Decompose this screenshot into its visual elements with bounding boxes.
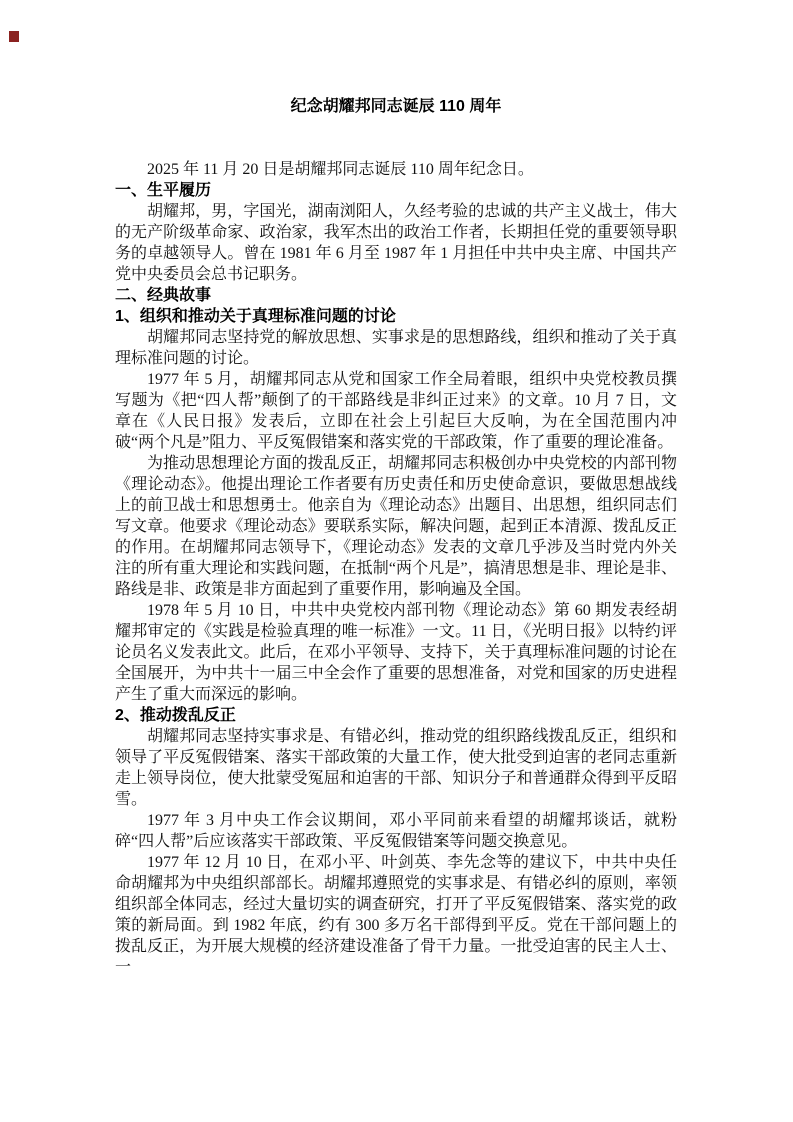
story-1-paragraph: 1977 年 5 月，胡耀邦同志从党和国家工作全局着眼，组织中央党校教员撰写题为… xyxy=(115,369,677,453)
document-title: 纪念胡耀邦同志诞辰 110 周年 xyxy=(115,96,677,117)
section-2-heading: 二、经典故事 xyxy=(115,285,677,306)
story-2-paragraph: 1977 年 3 月中央工作会议期间，邓小平同前来看望的胡耀邦谈话，就粉碎“四人… xyxy=(115,810,677,852)
story-2-paragraph: 胡耀邦同志坚持实事求是、有错必纠，推动党的组织路线拨乱反正，组织和领导了平反冤假… xyxy=(115,726,677,810)
story-1-heading: 1、组织和推动关于真理标准问题的讨论 xyxy=(115,306,677,327)
story-1-paragraph: 胡耀邦同志坚持党的解放思想、实事求是的思想路线，组织和推动了关于真理标准问题的讨… xyxy=(115,327,677,369)
document-content: 纪念胡耀邦同志诞辰 110 周年 2025 年 11 月 20 日是胡耀邦同志诞… xyxy=(115,96,677,978)
intro-paragraph: 2025 年 11 月 20 日是胡耀邦同志诞辰 110 周年纪念日。 xyxy=(115,159,677,180)
story-2-paragraph: 1977 年 12 月 10 日，在邓小平、叶剑英、李先念等的建议下，中共中央任… xyxy=(115,852,677,978)
document-page: 纪念胡耀邦同志诞辰 110 周年 2025 年 11 月 20 日是胡耀邦同志诞… xyxy=(0,0,793,1122)
story-1-paragraph: 为推动思想理论方面的拨乱反正，胡耀邦同志积极创办中央党校的内部刊物《理论动态》。… xyxy=(115,453,677,600)
story-2-heading: 2、推动拨乱反正 xyxy=(115,705,677,726)
story-1-paragraph: 1978 年 5 月 10 日，中共中央党校内部刊物《理论动态》第 60 期发表… xyxy=(115,600,677,705)
section-1-biography-paragraph: 胡耀邦，男，字国光，湖南浏阳人，久经考验的忠诚的共产主义战士，伟大的无产阶级革命… xyxy=(115,201,677,285)
section-1-heading: 一、生平履历 xyxy=(115,180,677,201)
red-marker xyxy=(9,31,19,42)
